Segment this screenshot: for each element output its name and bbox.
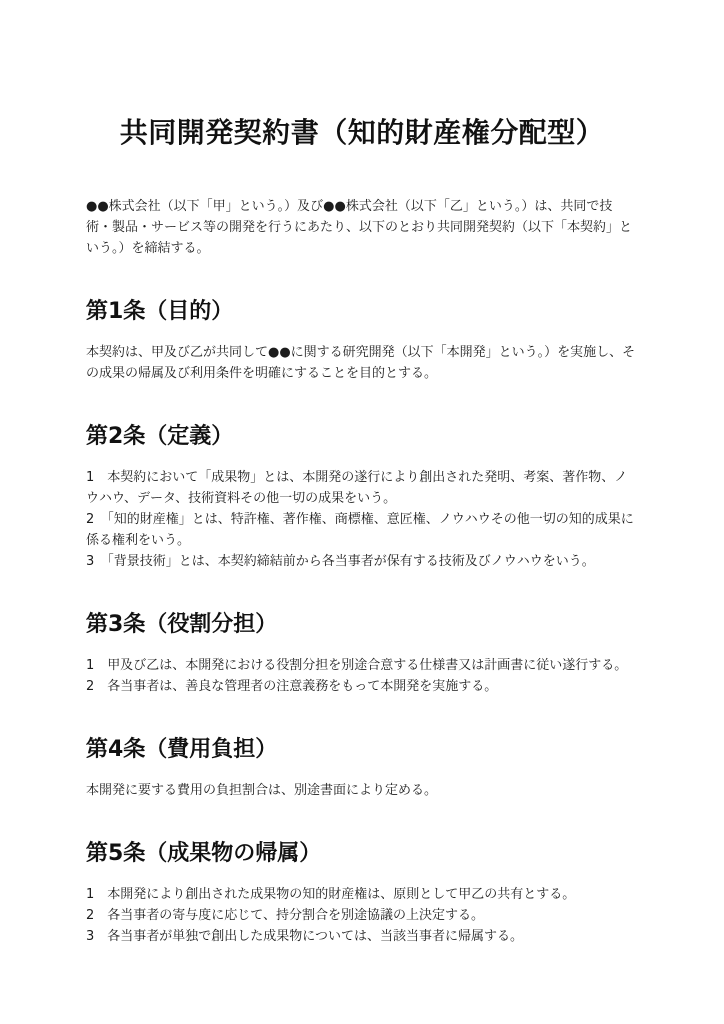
article-2: 第2条（定義） 1 本契約において「成果物」とは、本開発の遂行により創出された発…: [86, 422, 638, 572]
article-5: 第5条（成果物の帰属） 1 本開発により創出された成果物の知的財産権は、原則とし…: [86, 839, 638, 947]
preamble-paragraph: ●●株式会社（以下「甲」という。）及び●●株式会社（以下「乙」という。）は、共同…: [86, 196, 638, 259]
article-paragraph: 本開発に要する費用の負担割合は、別途書面により定める。: [86, 780, 638, 801]
article-4: 第4条（費用負担） 本開発に要する費用の負担割合は、別途書面により定める。: [86, 735, 638, 801]
article-5-body: 1 本開発により創出された成果物の知的財産権は、原則として甲乙の共有とする。 2…: [86, 884, 638, 947]
page-title: 共同開発契約書（知的財産権分配型）: [86, 112, 638, 154]
article-paragraph: 本契約は、甲及び乙が共同して●●に関する研究開発（以下「本開発」という。）を実施…: [86, 342, 638, 384]
article-4-heading: 第4条（費用負担）: [86, 735, 638, 765]
article-paragraph: 3 各当事者が単独で創出した成果物については、当該当事者に帰属する。: [86, 926, 638, 947]
article-1-heading: 第1条（目的）: [86, 297, 638, 327]
article-3: 第3条（役割分担） 1 甲及び乙は、本開発における役割分担を別途合意する仕様書又…: [86, 610, 638, 697]
article-paragraph: 3 「背景技術」とは、本契約締結前から各当事者が保有する技術及びノウハウをいう。: [86, 551, 638, 572]
article-paragraph: 2 各当事者は、善良な管理者の注意義務をもって本開発を実施する。: [86, 676, 638, 697]
article-4-body: 本開発に要する費用の負担割合は、別途書面により定める。: [86, 780, 638, 801]
article-paragraph: 2 「知的財産権」とは、特許権、著作権、商標権、意匠権、ノウハウその他一切の知的…: [86, 509, 638, 551]
article-paragraph: 1 甲及び乙は、本開発における役割分担を別途合意する仕様書又は計画書に従い遂行す…: [86, 655, 638, 676]
article-3-heading: 第3条（役割分担）: [86, 610, 638, 640]
article-1-body: 本契約は、甲及び乙が共同して●●に関する研究開発（以下「本開発」という。）を実施…: [86, 342, 638, 384]
contract-preamble: ●●株式会社（以下「甲」という。）及び●●株式会社（以下「乙」という。）は、共同…: [86, 196, 638, 259]
contract-document-page: 共同開発契約書（知的財産権分配型） ●●株式会社（以下「甲」という。）及び●●株…: [0, 0, 724, 1024]
article-3-body: 1 甲及び乙は、本開発における役割分担を別途合意する仕様書又は計画書に従い遂行す…: [86, 655, 638, 697]
article-5-heading: 第5条（成果物の帰属）: [86, 839, 638, 869]
article-2-heading: 第2条（定義）: [86, 422, 638, 452]
article-paragraph: 1 本開発により創出された成果物の知的財産権は、原則として甲乙の共有とする。: [86, 884, 638, 905]
article-2-body: 1 本契約において「成果物」とは、本開発の遂行により創出された発明、考案、著作物…: [86, 467, 638, 572]
article-paragraph: 1 本契約において「成果物」とは、本開発の遂行により創出された発明、考案、著作物…: [86, 467, 638, 509]
article-paragraph: 2 各当事者の寄与度に応じて、持分割合を別途協議の上決定する。: [86, 905, 638, 926]
article-1: 第1条（目的） 本契約は、甲及び乙が共同して●●に関する研究開発（以下「本開発」…: [86, 297, 638, 384]
